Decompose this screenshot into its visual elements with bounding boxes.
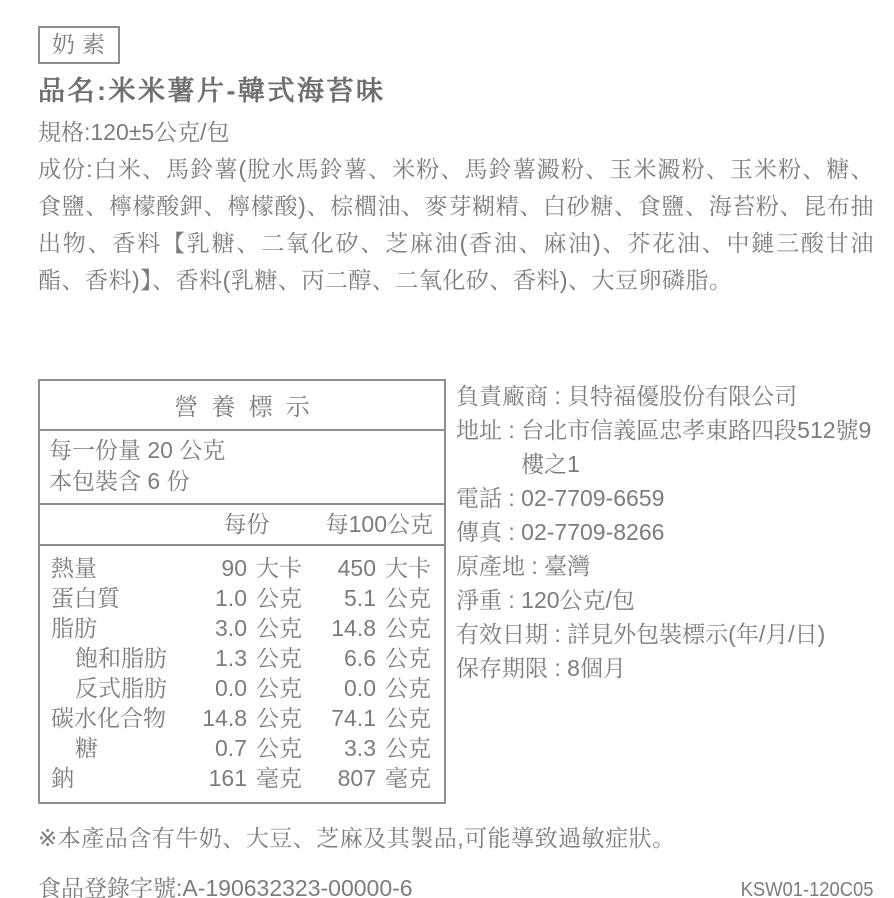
per-100g-cell: 5.1公克 <box>318 583 433 613</box>
per-serving-value: 90 <box>189 553 247 583</box>
nutrition-column-headers: 每份 每100公克 <box>40 505 444 546</box>
info-line-company: 負責廠商 : 貝特福優股份有限公司 <box>456 379 874 413</box>
per-100g-cell: 14.8公克 <box>318 613 433 643</box>
nutrition-table: 營養標示 每一份量 20 公克 本包裝含 6 份 每份 每100公克 熱量 90… <box>38 379 446 804</box>
per-100g-cell: 450大卡 <box>318 553 433 583</box>
per-100g-value: 3.3 <box>318 733 376 763</box>
per-serving-value: 1.0 <box>189 583 247 613</box>
per-100g-cell: 807毫克 <box>318 763 433 793</box>
per-serving-value: 161 <box>189 763 247 793</box>
info-line-shelf-life: 保存期限 : 8個月 <box>456 651 874 685</box>
per-serving-value: 0.0 <box>189 673 247 703</box>
per-serving-cell: 161毫克 <box>189 763 304 793</box>
manufacturer-info: 負責廠商 : 貝特福優股份有限公司 地址 : 台北市信義區忠孝東路四段512號9… <box>456 379 874 685</box>
per-serving-unit: 公克 <box>256 643 304 673</box>
info-line-fax: 傳真 : 02-7709-8266 <box>456 515 874 549</box>
per-100g-cell: 74.1公克 <box>318 703 433 733</box>
info-value: 台北市信義區忠孝東路四段512號9樓之1 <box>521 413 874 481</box>
main-columns: 營養標示 每一份量 20 公克 本包裝含 6 份 每份 每100公克 熱量 90… <box>38 379 874 804</box>
info-colon: : <box>548 651 567 685</box>
per-100g-unit: 公克 <box>385 733 433 763</box>
nutrient-row-calories: 熱量 90大卡 450大卡 <box>51 553 433 583</box>
nutrient-row-trans-fat: 反式脂肪 0.0公克 0.0公克 <box>51 673 433 703</box>
info-colon: : <box>525 549 544 583</box>
nutrient-label: 飽和脂肪 <box>51 643 189 673</box>
registration-number: 食品登錄字號:A-190632323-00000-6 <box>38 870 413 898</box>
per-serving-cell: 0.7公克 <box>189 733 304 763</box>
info-label: 負責廠商 <box>456 379 548 413</box>
serving-info: 每一份量 20 公克 本包裝含 6 份 <box>40 431 444 505</box>
info-label: 淨重 <box>456 583 502 617</box>
info-line-expiry-date: 有效日期 : 詳見外包裝標示(年/月/日) <box>456 617 874 651</box>
nutrient-label: 熱量 <box>51 553 189 583</box>
per-serving-value: 1.3 <box>189 643 247 673</box>
info-colon: : <box>502 413 521 447</box>
per-100g-unit: 公克 <box>385 643 433 673</box>
info-value: 120公克/包 <box>521 583 874 617</box>
info-label: 地址 <box>456 413 502 447</box>
info-label: 原產地 <box>456 549 525 583</box>
product-code: KSW01-120C05 <box>741 879 874 898</box>
info-label: 有效日期 <box>456 617 548 651</box>
nutrient-row-sugar: 糖 0.7公克 3.3公克 <box>51 733 433 763</box>
info-label: 電話 <box>456 481 502 515</box>
per-100g-value: 0.0 <box>318 673 376 703</box>
per-serving-unit: 公克 <box>256 613 304 643</box>
spec-line: 規格:120±5公克/包 <box>38 117 874 147</box>
per-serving-unit: 大卡 <box>256 553 304 583</box>
per-100g-value: 14.8 <box>318 613 376 643</box>
column-header-spacer <box>51 510 189 538</box>
nutrient-row-sodium: 鈉 161毫克 807毫克 <box>51 763 433 793</box>
info-value: 詳見外包裝標示(年/月/日) <box>567 617 874 651</box>
vegetarian-badge: 奶素 <box>38 26 120 64</box>
per-100g-unit: 公克 <box>385 583 433 613</box>
label-page: 奶素 品名:米米薯片-韓式海苔味 規格:120±5公克/包 成份:白米、馬鈴薯(… <box>0 0 894 898</box>
per-serving-cell: 1.3公克 <box>189 643 304 673</box>
servings-per-pack-line: 本包裝含 6 份 <box>49 466 435 497</box>
info-colon: : <box>548 617 567 651</box>
per-100g-value: 450 <box>318 553 376 583</box>
per-100g-value: 74.1 <box>318 703 376 733</box>
nutrient-row-protein: 蛋白質 1.0公克 5.1公克 <box>51 583 433 613</box>
allergen-notice: ※本產品含有牛奶、大豆、芝麻及其製品,可能導致過敏症狀。 <box>38 823 874 853</box>
per-100g-value: 5.1 <box>318 583 376 613</box>
per-100g-unit: 大卡 <box>385 553 433 583</box>
per-serving-unit: 公克 <box>256 583 304 613</box>
per-serving-value: 0.7 <box>189 733 247 763</box>
per-serving-cell: 3.0公克 <box>189 613 304 643</box>
serving-size-line: 每一份量 20 公克 <box>49 435 435 466</box>
info-value: 臺灣 <box>544 549 874 583</box>
per-100g-cell: 3.3公克 <box>318 733 433 763</box>
per-100g-cell: 0.0公克 <box>318 673 433 703</box>
nutrient-label: 鈉 <box>51 763 189 793</box>
info-colon: : <box>548 379 567 413</box>
per-serving-value: 14.8 <box>189 703 247 733</box>
nutrition-rows: 熱量 90大卡 450大卡 蛋白質 1.0公克 5.1公克 脂肪 3.0公克 1… <box>40 546 444 802</box>
footer-row: 食品登錄字號:A-190632323-00000-6 KSW01-120C05 <box>38 870 874 898</box>
nutrient-label: 脂肪 <box>51 613 189 643</box>
per-100g-value: 6.6 <box>318 643 376 673</box>
per-serving-unit: 公克 <box>256 673 304 703</box>
nutrition-title: 營養標示 <box>40 381 444 431</box>
info-line-phone: 電話 : 02-7709-6659 <box>456 481 874 515</box>
per-100g-value: 807 <box>318 763 376 793</box>
nutrient-row-carbohydrate: 碳水化合物 14.8公克 74.1公克 <box>51 703 433 733</box>
nutrient-row-fat: 脂肪 3.0公克 14.8公克 <box>51 613 433 643</box>
info-label: 保存期限 <box>456 651 548 685</box>
ingredients-text: 成份:白米、馬鈴薯(脫水馬鈴薯、米粉、馬鈴薯澱粉、玉米澱粉、玉米粉、糖、食鹽、檸… <box>38 151 874 299</box>
per-100g-cell: 6.6公克 <box>318 643 433 673</box>
info-value: 8個月 <box>567 651 874 685</box>
info-colon: : <box>502 515 521 549</box>
info-line-origin: 原產地 : 臺灣 <box>456 549 874 583</box>
per-100g-unit: 公克 <box>385 673 433 703</box>
product-name: 品名:米米薯片-韓式海苔味 <box>38 75 874 107</box>
per-100g-unit: 公克 <box>385 613 433 643</box>
nutrient-label: 碳水化合物 <box>51 703 189 733</box>
nutrient-label: 反式脂肪 <box>51 673 189 703</box>
column-header-per-serving: 每份 <box>189 510 304 538</box>
per-serving-unit: 公克 <box>256 703 304 733</box>
info-value: 02-7709-8266 <box>521 515 874 549</box>
per-serving-cell: 14.8公克 <box>189 703 304 733</box>
info-colon: : <box>502 481 521 515</box>
info-colon: : <box>502 583 521 617</box>
per-100g-unit: 公克 <box>385 703 433 733</box>
per-serving-cell: 90大卡 <box>189 553 304 583</box>
nutrient-label: 蛋白質 <box>51 583 189 613</box>
nutrient-label: 糖 <box>51 733 189 763</box>
per-serving-cell: 0.0公克 <box>189 673 304 703</box>
info-value: 貝特福優股份有限公司 <box>567 379 874 413</box>
per-100g-unit: 毫克 <box>385 763 433 793</box>
info-line-address: 地址 : 台北市信義區忠孝東路四段512號9樓之1 <box>456 413 874 481</box>
per-serving-unit: 公克 <box>256 733 304 763</box>
info-label: 傳真 <box>456 515 502 549</box>
info-value: 02-7709-6659 <box>521 481 874 515</box>
per-serving-value: 3.0 <box>189 613 247 643</box>
nutrient-row-saturated-fat: 飽和脂肪 1.3公克 6.6公克 <box>51 643 433 673</box>
column-header-per-100g: 每100公克 <box>304 510 433 538</box>
info-line-net-weight: 淨重 : 120公克/包 <box>456 583 874 617</box>
per-serving-unit: 毫克 <box>256 763 304 793</box>
per-serving-cell: 1.0公克 <box>189 583 304 613</box>
